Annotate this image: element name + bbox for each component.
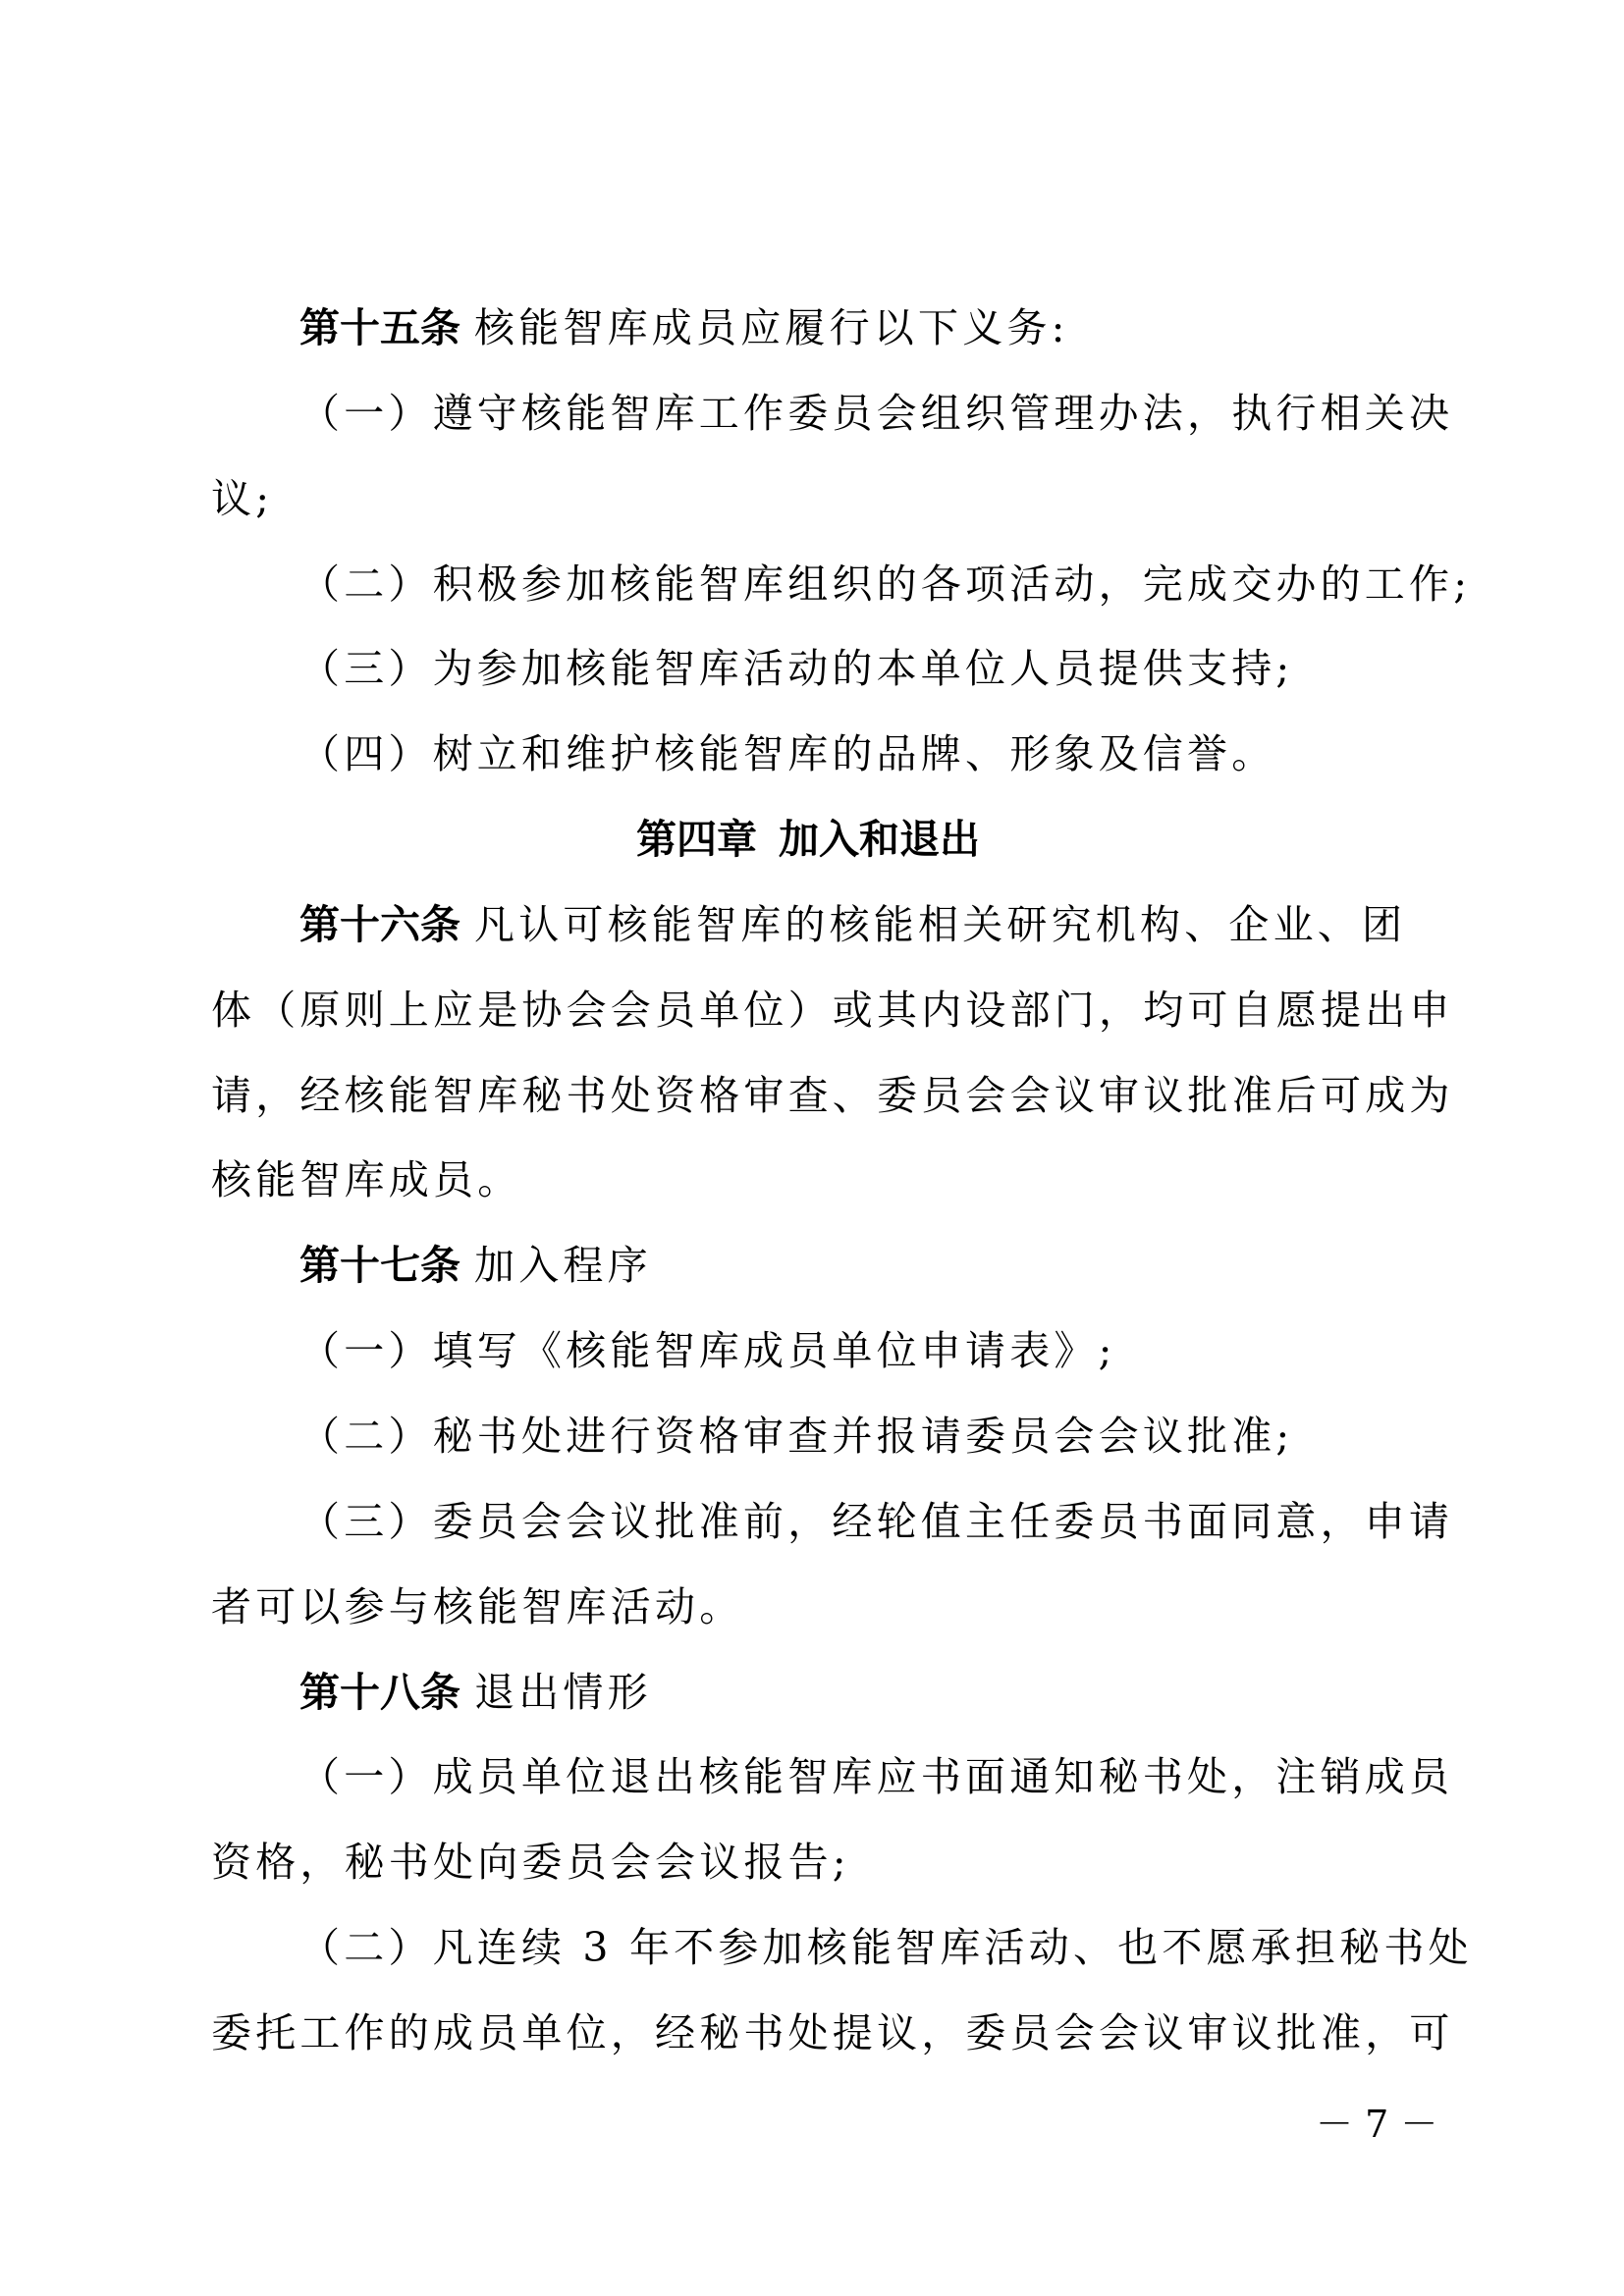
article-17-item-2: （二）秘书处进行资格审查并报请委员会会议批准; xyxy=(211,1394,1417,1479)
article-17-item-3-continued: 者可以参与核能智库活动。 xyxy=(211,1565,1417,1650)
article-label: 第十六条 xyxy=(299,901,460,948)
document-page: 第十五条核能智库成员应履行以下义务: （一）遵守核能智库工作委员会组织管理办法，… xyxy=(0,0,1624,2296)
article-17-item-1: （一）填写《核能智库成员单位申请表》; xyxy=(211,1308,1417,1394)
article-15-item-3: （三）为参加核能智库活动的本单位人员提供支持; xyxy=(211,626,1417,712)
chapter-heading: 第四章加入和退出 xyxy=(211,797,1417,882)
article-15-heading: 第十五条核能智库成员应履行以下义务: xyxy=(211,286,1417,371)
document-body: 第十五条核能智库成员应履行以下义务: （一）遵守核能智库工作委员会组织管理办法，… xyxy=(211,286,1417,2076)
article-text: 凡认可核能智库的核能相关研究机构、企业、团 xyxy=(474,901,1406,948)
article-17-heading: 第十七条加入程序 xyxy=(211,1223,1417,1308)
article-18-item-2: （二）凡连续 3 年不参加核能智库活动、也不愿承担秘书处 xyxy=(211,1905,1417,1991)
chapter-title: 加入和退出 xyxy=(779,816,980,863)
chapter-label: 第四章 xyxy=(636,816,757,863)
article-18-item-1: （一）成员单位退出核能智库应书面通知秘书处，注销成员 xyxy=(211,1735,1417,1820)
article-15-item-1: （一）遵守核能智库工作委员会组织管理办法，执行相关决 xyxy=(211,371,1417,456)
article-18-item-1-continued: 资格，秘书处向委员会会议报告; xyxy=(211,1820,1417,1905)
article-label: 第十八条 xyxy=(299,1669,460,1716)
article-16-line-3: 请，经核能智库秘书处资格审查、委员会会议审议批准后可成为 xyxy=(211,1053,1417,1139)
article-title: 加入程序 xyxy=(474,1242,652,1289)
article-16-line-2: 体（原则上应是协会会员单位）或其内设部门，均可自愿提出申 xyxy=(211,968,1417,1053)
page-number: － 7 － xyxy=(1316,2101,1424,2148)
article-18-item-2-continued: 委托工作的成员单位，经秘书处提议，委员会会议审议批准，可 xyxy=(211,1991,1417,2076)
article-title: 核能智库成员应履行以下义务: xyxy=(474,304,1069,351)
article-17-item-3: （三）委员会会议批准前，经轮值主任委员书面同意，申请 xyxy=(211,1479,1417,1565)
article-title: 退出情形 xyxy=(474,1669,652,1716)
article-18-heading: 第十八条退出情形 xyxy=(211,1650,1417,1735)
article-15-item-2: （二）积极参加核能智库组织的各项活动，完成交办的工作; xyxy=(211,542,1417,627)
article-15-item-4: （四）树立和维护核能智库的品牌、形象及信誉。 xyxy=(211,712,1417,797)
article-16-line-4: 核能智库成员。 xyxy=(211,1138,1417,1223)
article-15-item-1-continued: 议; xyxy=(211,456,1417,542)
article-label: 第十五条 xyxy=(299,304,460,351)
article-label: 第十七条 xyxy=(299,1242,460,1289)
article-16-heading: 第十六条凡认可核能智库的核能相关研究机构、企业、团 xyxy=(211,882,1417,968)
